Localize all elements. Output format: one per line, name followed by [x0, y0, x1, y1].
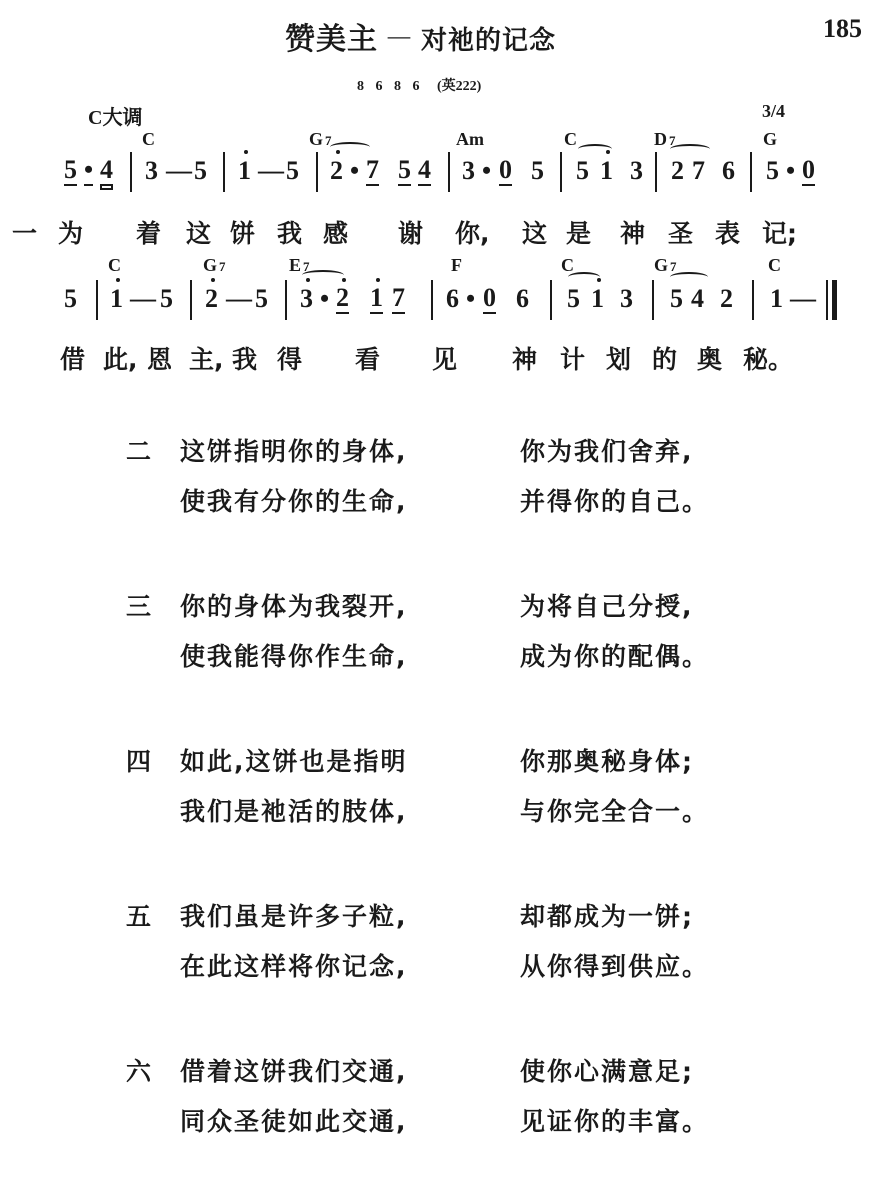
lyric-syllable: 圣 — [668, 214, 693, 250]
note-number: 5 — [567, 284, 580, 314]
lyric-syllable: 你, — [455, 214, 490, 250]
lyric-syllable: 我 — [277, 214, 302, 250]
note-number: 5 — [576, 156, 589, 186]
note-number: 1 — [110, 284, 123, 314]
octave-dot — [116, 278, 120, 282]
bar-line — [750, 152, 752, 192]
octave-dot — [376, 278, 380, 282]
note-number: 5 — [531, 156, 544, 186]
verse-stanza: 五我们虽是许多子粒,却都成为一饼;在此这样将你记念,从你得到供应。 — [0, 897, 885, 1007]
note-number: 1 — [370, 284, 383, 314]
dash-extension: — — [130, 284, 156, 314]
verse-line-1b: 使你心满意足; — [520, 1052, 694, 1088]
note-number: 3 — [630, 156, 643, 186]
dotted-note-dot: • — [84, 156, 93, 186]
verse-line-2a: 同众圣徒如此交通, — [180, 1102, 408, 1138]
verse-number: 四 — [126, 742, 151, 778]
verse-stanza: 三你的身体为我裂开,为将自己分授,使我能得你作生命,成为你的配偶。 — [0, 587, 885, 697]
lyric-syllable: 的 — [652, 340, 677, 376]
verse-line-1b: 你为我们舍弃, — [520, 432, 694, 468]
lyric-syllable: 此, — [103, 340, 138, 376]
chord-symbol: G — [763, 129, 777, 150]
hymn-number: 185 — [823, 14, 862, 44]
note-number: 0 — [483, 284, 496, 314]
lyric-syllable: 主, — [189, 340, 224, 376]
note-number: 2 — [336, 284, 349, 314]
lyric-syllable: 着 — [136, 214, 161, 250]
note-number: 5 — [64, 284, 77, 314]
verse-line-1a: 如此,这饼也是指明 — [180, 742, 408, 778]
lyric-syllable: 秘。 — [743, 340, 793, 376]
bar-line — [655, 152, 657, 192]
note-number: 6 — [446, 284, 459, 314]
dash-extension: — — [258, 156, 284, 186]
chord-extension: 7 — [670, 259, 677, 274]
hymn-title: 赞美主－对祂的记念 — [285, 14, 556, 58]
note-number: 0 — [499, 156, 512, 186]
chord-row-2: CG7E7FCG7C — [0, 255, 885, 277]
dotted-note-dot: • — [350, 156, 359, 186]
chord-row-1: CG7AmCD7G — [0, 129, 885, 151]
bar-line — [223, 152, 225, 192]
note-number: 2 — [330, 156, 343, 186]
verse-line-1a: 这饼指明你的身体, — [180, 432, 408, 468]
note-number: 7 — [366, 156, 379, 186]
verse-line-1b: 你那奥秘身体; — [520, 742, 694, 778]
chord-symbol: C — [142, 129, 155, 150]
chord-symbol: C — [108, 255, 121, 276]
chord-symbol: Am — [456, 129, 484, 150]
notation-row-1: 5•43—51—52•7543•055132765•0 — [0, 156, 885, 192]
bar-line — [285, 280, 287, 320]
tie-slur — [568, 272, 600, 282]
verse-stanza: 六借着这饼我们交通,使你心满意足;同众圣徒如此交通,见证你的丰富。 — [0, 1052, 885, 1162]
note-number: 4 — [691, 284, 704, 314]
tie-slur — [330, 142, 370, 152]
verse-line-1b: 却都成为一饼; — [520, 897, 694, 933]
verse-number: 五 — [126, 897, 151, 933]
note-number: 5 — [398, 156, 411, 186]
lyrics-verse1-line2: 借此,恩主,我得看见神计划的奥秘。 — [0, 340, 885, 372]
octave-dot — [211, 278, 215, 282]
dotted-note-dot: • — [466, 284, 475, 314]
note-number: 5 — [255, 284, 268, 314]
note-number: 3 — [300, 284, 313, 314]
note-number: 4 — [418, 156, 431, 186]
meter: 8 6 8 6 — [357, 79, 424, 94]
chord-symbol: G7 — [654, 255, 677, 276]
dash-extension: — — [226, 284, 252, 314]
chord-symbol: G7 — [309, 129, 332, 150]
lyrics-verse1-line1: 一为着这饼我感谢你,这是神圣表记; — [0, 214, 885, 246]
note-number: 5 — [160, 284, 173, 314]
chord-symbol: C — [564, 129, 577, 150]
lyric-syllable: 见 — [432, 340, 457, 376]
dotted-note-dot: • — [320, 284, 329, 314]
verse-stanza: 四如此,这饼也是指明你那奥秘身体;我们是祂活的肢体,与你完全合一。 — [0, 742, 885, 852]
note-number: 1 — [770, 284, 783, 314]
dash-extension: — — [790, 284, 816, 314]
dash-extension: — — [166, 156, 192, 186]
lyric-syllable: 奥 — [697, 340, 722, 376]
lyric-syllable: 划 — [606, 340, 631, 376]
dotted-note-dot: • — [482, 156, 491, 186]
note-number: 5 — [194, 156, 207, 186]
verse-line-2b: 见证你的丰富。 — [520, 1102, 709, 1138]
lyric-syllable: 为 — [58, 214, 83, 250]
lyric-syllable: 计 — [560, 340, 585, 376]
lyric-syllable: 这 — [186, 214, 211, 250]
note-number: 0 — [802, 156, 815, 186]
note-number: 1 — [591, 284, 604, 314]
verse-number: 六 — [126, 1052, 151, 1088]
final-bar-thick — [832, 280, 837, 320]
note-number: 3 — [462, 156, 475, 186]
tie-slur — [670, 144, 710, 154]
note-number: 5 — [670, 284, 683, 314]
title-dash: － — [384, 22, 415, 57]
note-number: 2 — [720, 284, 733, 314]
title-subtitle: 对祂的记念 — [421, 26, 556, 56]
note-number: 5 — [64, 156, 77, 186]
lyric-syllable: 我 — [232, 340, 257, 376]
verse-line-2b: 成为你的配偶。 — [520, 637, 709, 673]
lyric-syllable: 记; — [762, 214, 797, 250]
lyric-syllable: 神 — [620, 214, 645, 250]
tie-slur — [578, 144, 612, 154]
bar-line — [190, 280, 192, 320]
lyric-syllable: 感 — [323, 214, 348, 250]
lyric-syllable: 饼 — [230, 214, 255, 250]
notation-row-2: 51—52—53•2176•065135421— — [0, 284, 885, 320]
lyric-syllable: 谢 — [398, 214, 423, 250]
verse-line-2a: 在此这样将你记念, — [180, 947, 408, 983]
lyric-syllable: 这 — [522, 214, 547, 250]
bar-line — [560, 152, 562, 192]
meter-line: 8 6 8 6 (英222) — [357, 75, 481, 95]
lyric-syllable: 是 — [566, 214, 591, 250]
bar-line — [448, 152, 450, 192]
note-number: 1 — [238, 156, 251, 186]
verse-line-2b: 并得你的自己。 — [520, 482, 709, 518]
verse-line-2b: 从你得到供应。 — [520, 947, 709, 983]
verse-line-2a: 使我能得你作生命, — [180, 637, 408, 673]
verse-line-1a: 借着这饼我们交通, — [180, 1052, 408, 1088]
note-number: 3 — [620, 284, 633, 314]
note-number: 2 — [205, 284, 218, 314]
note-number: 7 — [392, 284, 405, 314]
bar-line — [752, 280, 754, 320]
final-bar-thin — [826, 280, 828, 320]
chord-symbol: C — [768, 255, 781, 276]
verse-stanza: 二这饼指明你的身体,你为我们舍弃,使我有分你的生命,并得你的自己。 — [0, 432, 885, 542]
note-number: 6 — [516, 284, 529, 314]
key-signature: C大调 — [88, 101, 142, 130]
bar-line — [431, 280, 433, 320]
verse-line-2b: 与你完全合一。 — [520, 792, 709, 828]
note-number: 1 — [600, 156, 613, 186]
tie-slur — [302, 270, 344, 280]
verse-number: 三 — [126, 587, 151, 623]
tie-slur — [670, 272, 708, 282]
bar-line — [550, 280, 552, 320]
english-reference: (英222) — [437, 79, 481, 94]
note-number: 7 — [692, 156, 705, 186]
bar-line — [96, 280, 98, 320]
verse-number: 二 — [126, 432, 151, 468]
title-main: 赞美主 — [285, 22, 378, 57]
note-number: 4 — [100, 156, 113, 186]
lyric-syllable: 一 — [12, 214, 37, 250]
bar-line — [316, 152, 318, 192]
verse-line-1a: 你的身体为我裂开, — [180, 587, 408, 623]
chord-extension: 7 — [219, 259, 226, 274]
note-number: 5 — [766, 156, 779, 186]
verse-line-2a: 使我有分你的生命, — [180, 482, 408, 518]
lyric-syllable: 看 — [355, 340, 380, 376]
dotted-note-dot: • — [786, 156, 795, 186]
lyric-syllable: 神 — [512, 340, 537, 376]
chord-symbol: G7 — [203, 255, 226, 276]
lyric-syllable: 借 — [60, 340, 85, 376]
verse-line-2a: 我们是祂活的肢体, — [180, 792, 408, 828]
bar-line — [652, 280, 654, 320]
verse-line-1b: 为将自己分授, — [520, 587, 694, 623]
note-number: 5 — [286, 156, 299, 186]
bar-line — [130, 152, 132, 192]
note-number: 3 — [145, 156, 158, 186]
lyric-syllable: 表 — [715, 214, 740, 250]
lyric-syllable: 恩 — [147, 340, 172, 376]
chord-symbol: F — [451, 255, 462, 276]
note-number: 6 — [722, 156, 735, 186]
note-number: 2 — [671, 156, 684, 186]
octave-dot — [244, 150, 248, 154]
verse-line-1a: 我们虽是许多子粒, — [180, 897, 408, 933]
lyric-syllable: 得 — [277, 340, 302, 376]
time-signature: 3/4 — [762, 101, 785, 122]
